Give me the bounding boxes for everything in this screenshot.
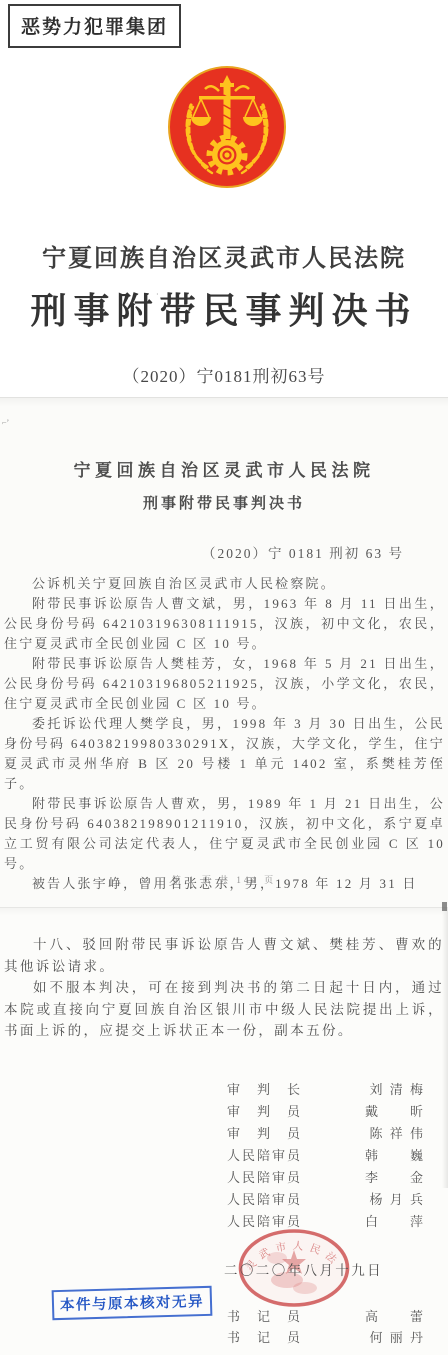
signature-role: 审 判 长 (227, 1079, 302, 1101)
signature-name: 杨 月 兵 (369, 1189, 425, 1211)
signature-row: 审 判 长 刘 清 梅 (227, 1079, 425, 1101)
scanned-page-1: ⌐’ 宁夏回族自治区灵武市人民法院 刑事附带民事判决书 （2020）宁 0181… (0, 397, 448, 907)
signature-role: 人民陪审员 (227, 1145, 302, 1167)
scan-artifact (442, 902, 447, 911)
paragraph: 附带民事诉讼原告人曹欢，男，1989 年 1 月 21 日出生，公民身份号码 6… (4, 794, 445, 874)
scan-artifact: · (156, 290, 159, 299)
page1-body: 公诉机关宁夏回族自治区灵武市人民检察院。附带民事诉讼原告人曹文斌，男，1963 … (4, 574, 445, 894)
signature-name: 李 金 (365, 1167, 425, 1189)
signature-row: 审 判 员 陈 祥 伟 (227, 1123, 425, 1145)
page1-page-footer: 第 1 页 共 144 页 (0, 873, 448, 886)
signature-row: 人民陪审员 杨 月 兵 (227, 1189, 425, 1211)
paragraph: 公诉机关宁夏回族自治区灵武市人民检察院。 (4, 574, 445, 594)
clerk-row: 书 记 员 何 丽 丹 (227, 1327, 425, 1348)
header-court-name: 宁夏回族自治区灵武市人民法院 (0, 238, 448, 273)
signature-block: 审 判 长 刘 清 梅 审 判 员 戴 昕 审 判 员 陈 祥 伟 人民陪审员 … (227, 1079, 425, 1233)
case-type-tag: 恶势力犯罪集团 (8, 4, 181, 48)
header-document-title: 刑事附带民事判决书 (0, 283, 448, 334)
clerk-role: 书 记 员 (227, 1306, 302, 1327)
signature-name: 白 萍 (365, 1211, 425, 1233)
judgment-document-page: 恶势力犯罪集团 宁夏回族自治区灵武市人民法院 刑事附带民 (0, 0, 448, 1355)
signature-name: 陈 祥 伟 (369, 1123, 425, 1145)
paragraph: 十八、驳回附带民事诉讼原告人曹文斌、樊桂芳、曹欢的其他诉讼请求。 (4, 934, 444, 977)
page1-case-number: （2020）宁 0181 刑初 63 号 (0, 542, 448, 562)
paragraph: 附带民事诉讼原告人樊桂芳，女，1968 年 5 月 21 日出生，公民身份号码 … (4, 654, 445, 714)
signature-role: 审 判 员 (227, 1123, 302, 1145)
court-emblem-icon (167, 64, 287, 190)
signature-row: 人民陪审员 白 萍 (227, 1211, 425, 1233)
paragraph: 委托诉讼代理人樊学良，男，1998 年 3 月 30 日出生，公民身份号码 64… (4, 714, 445, 794)
clerk-block: 书 记 员 高 蕾 书 记 员 何 丽 丹 (227, 1306, 425, 1348)
clerk-name: 何 丽 丹 (369, 1327, 425, 1348)
scan-artifact: ⌐’ (2, 418, 9, 427)
signature-name: 韩 巍 (365, 1145, 425, 1167)
signature-row: 审 判 员 戴 昕 (227, 1101, 425, 1123)
clerk-role: 书 记 员 (227, 1327, 302, 1348)
judgment-date: 二〇二〇年八月十九日 (224, 1259, 388, 1279)
signature-row: 人民陪审员 韩 巍 (227, 1145, 425, 1167)
lastpage-body: 十八、驳回附带民事诉讼原告人曹文斌、樊桂芳、曹欢的其他诉讼请求。如不服本判决，可… (4, 934, 444, 1042)
signature-role: 人民陪审员 (227, 1211, 302, 1233)
header-case-number: （2020）宁0181刑初63号 (0, 362, 448, 387)
signature-role: 人民陪审员 (227, 1189, 302, 1211)
signature-row: 人民陪审员 李 金 (227, 1167, 425, 1189)
paragraph: 如不服本判决，可在接到判决书的第二日起十日内，通过本院或直接向宁夏回族自治区银川… (4, 977, 444, 1042)
clerk-name: 高 蕾 (365, 1306, 425, 1327)
signature-role: 人民陪审员 (227, 1167, 302, 1189)
signature-role: 审 判 员 (227, 1101, 302, 1123)
clerk-row: 书 记 员 高 蕾 (227, 1306, 425, 1327)
page1-document-title: 刑事附带民事判决书 (0, 492, 448, 513)
signature-name: 戴 昕 (365, 1101, 425, 1123)
scanned-last-page: 十八、驳回附带民事诉讼原告人曹文斌、樊桂芳、曹欢的其他诉讼请求。如不服本判决，可… (0, 907, 448, 1355)
signature-name: 刘 清 梅 (369, 1079, 425, 1101)
page1-court-name: 宁夏回族自治区灵武市人民法院 (0, 456, 448, 481)
paragraph: 附带民事诉讼原告人曹文斌，男，1963 年 8 月 11 日出生，公民身份号码 … (4, 594, 445, 654)
verification-stamp: 本件与原本核对无异 (52, 1286, 213, 1320)
